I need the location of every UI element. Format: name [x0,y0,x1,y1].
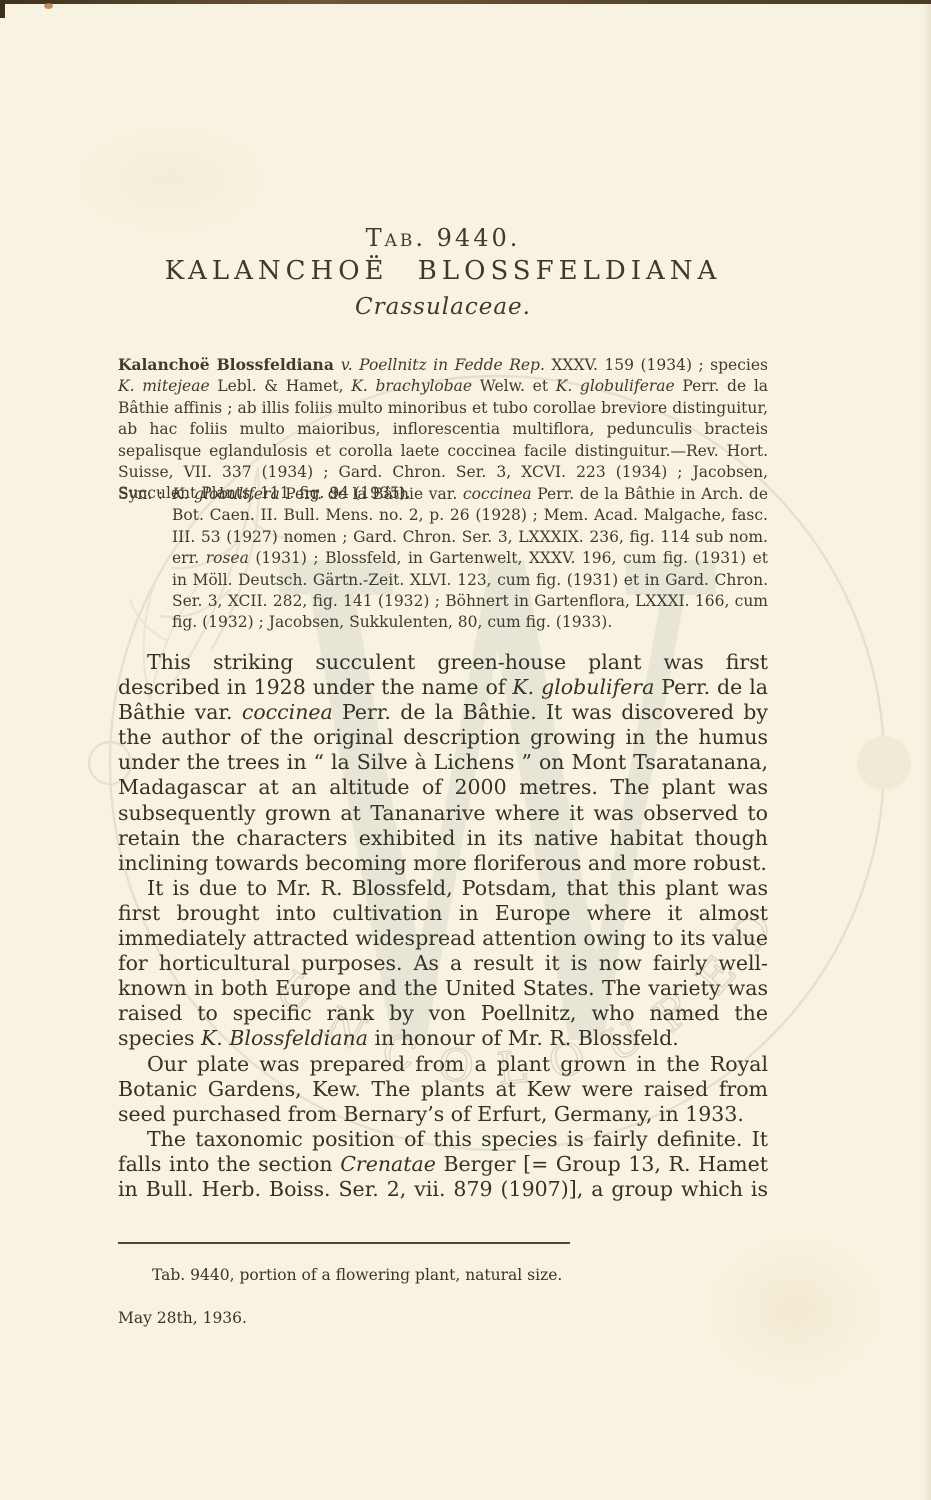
synonymy-label: Syn. : [118,485,172,503]
scanned-page: W UNCOLOURED Tab. 9440. KALANCHOË BLOSSF… [0,0,931,1500]
paper-stain [60,120,280,240]
nomenclature-citation: Kalanchoë Blossfeldiana v. Poellnitz in … [118,354,768,505]
synonymy: Syn. :K. globulifera Perr. de la Bâthie … [118,484,768,634]
body-text: This striking succulent green-house plan… [118,650,768,1202]
species-title: KALANCHOË BLOSSFELDIANA [118,256,768,286]
watermark-right-dot [857,736,911,790]
paper-edge-corner [0,0,5,18]
family-name: Crassulaceae. [118,294,768,320]
paper-edge-top [0,0,931,4]
publication-date: May 28th, 1936. [118,1309,768,1327]
footnote-rule [118,1242,570,1244]
paper-edge-speck [44,3,53,9]
paper-edge-right-shadow [923,0,931,1500]
tab-number: Tab. 9440. [118,224,768,252]
body-paragraph-4: The taxonomic position of this species i… [118,1127,768,1202]
plate-caption: Tab. 9440, portion of a flowering plant,… [118,1266,802,1284]
body-paragraph-1: This striking succulent green-house plan… [118,650,768,876]
body-paragraph-3: Our plate was prepared from a plant grow… [118,1052,768,1127]
body-paragraph-2: It is due to Mr. R. Blossfeld, Potsdam, … [118,876,768,1052]
